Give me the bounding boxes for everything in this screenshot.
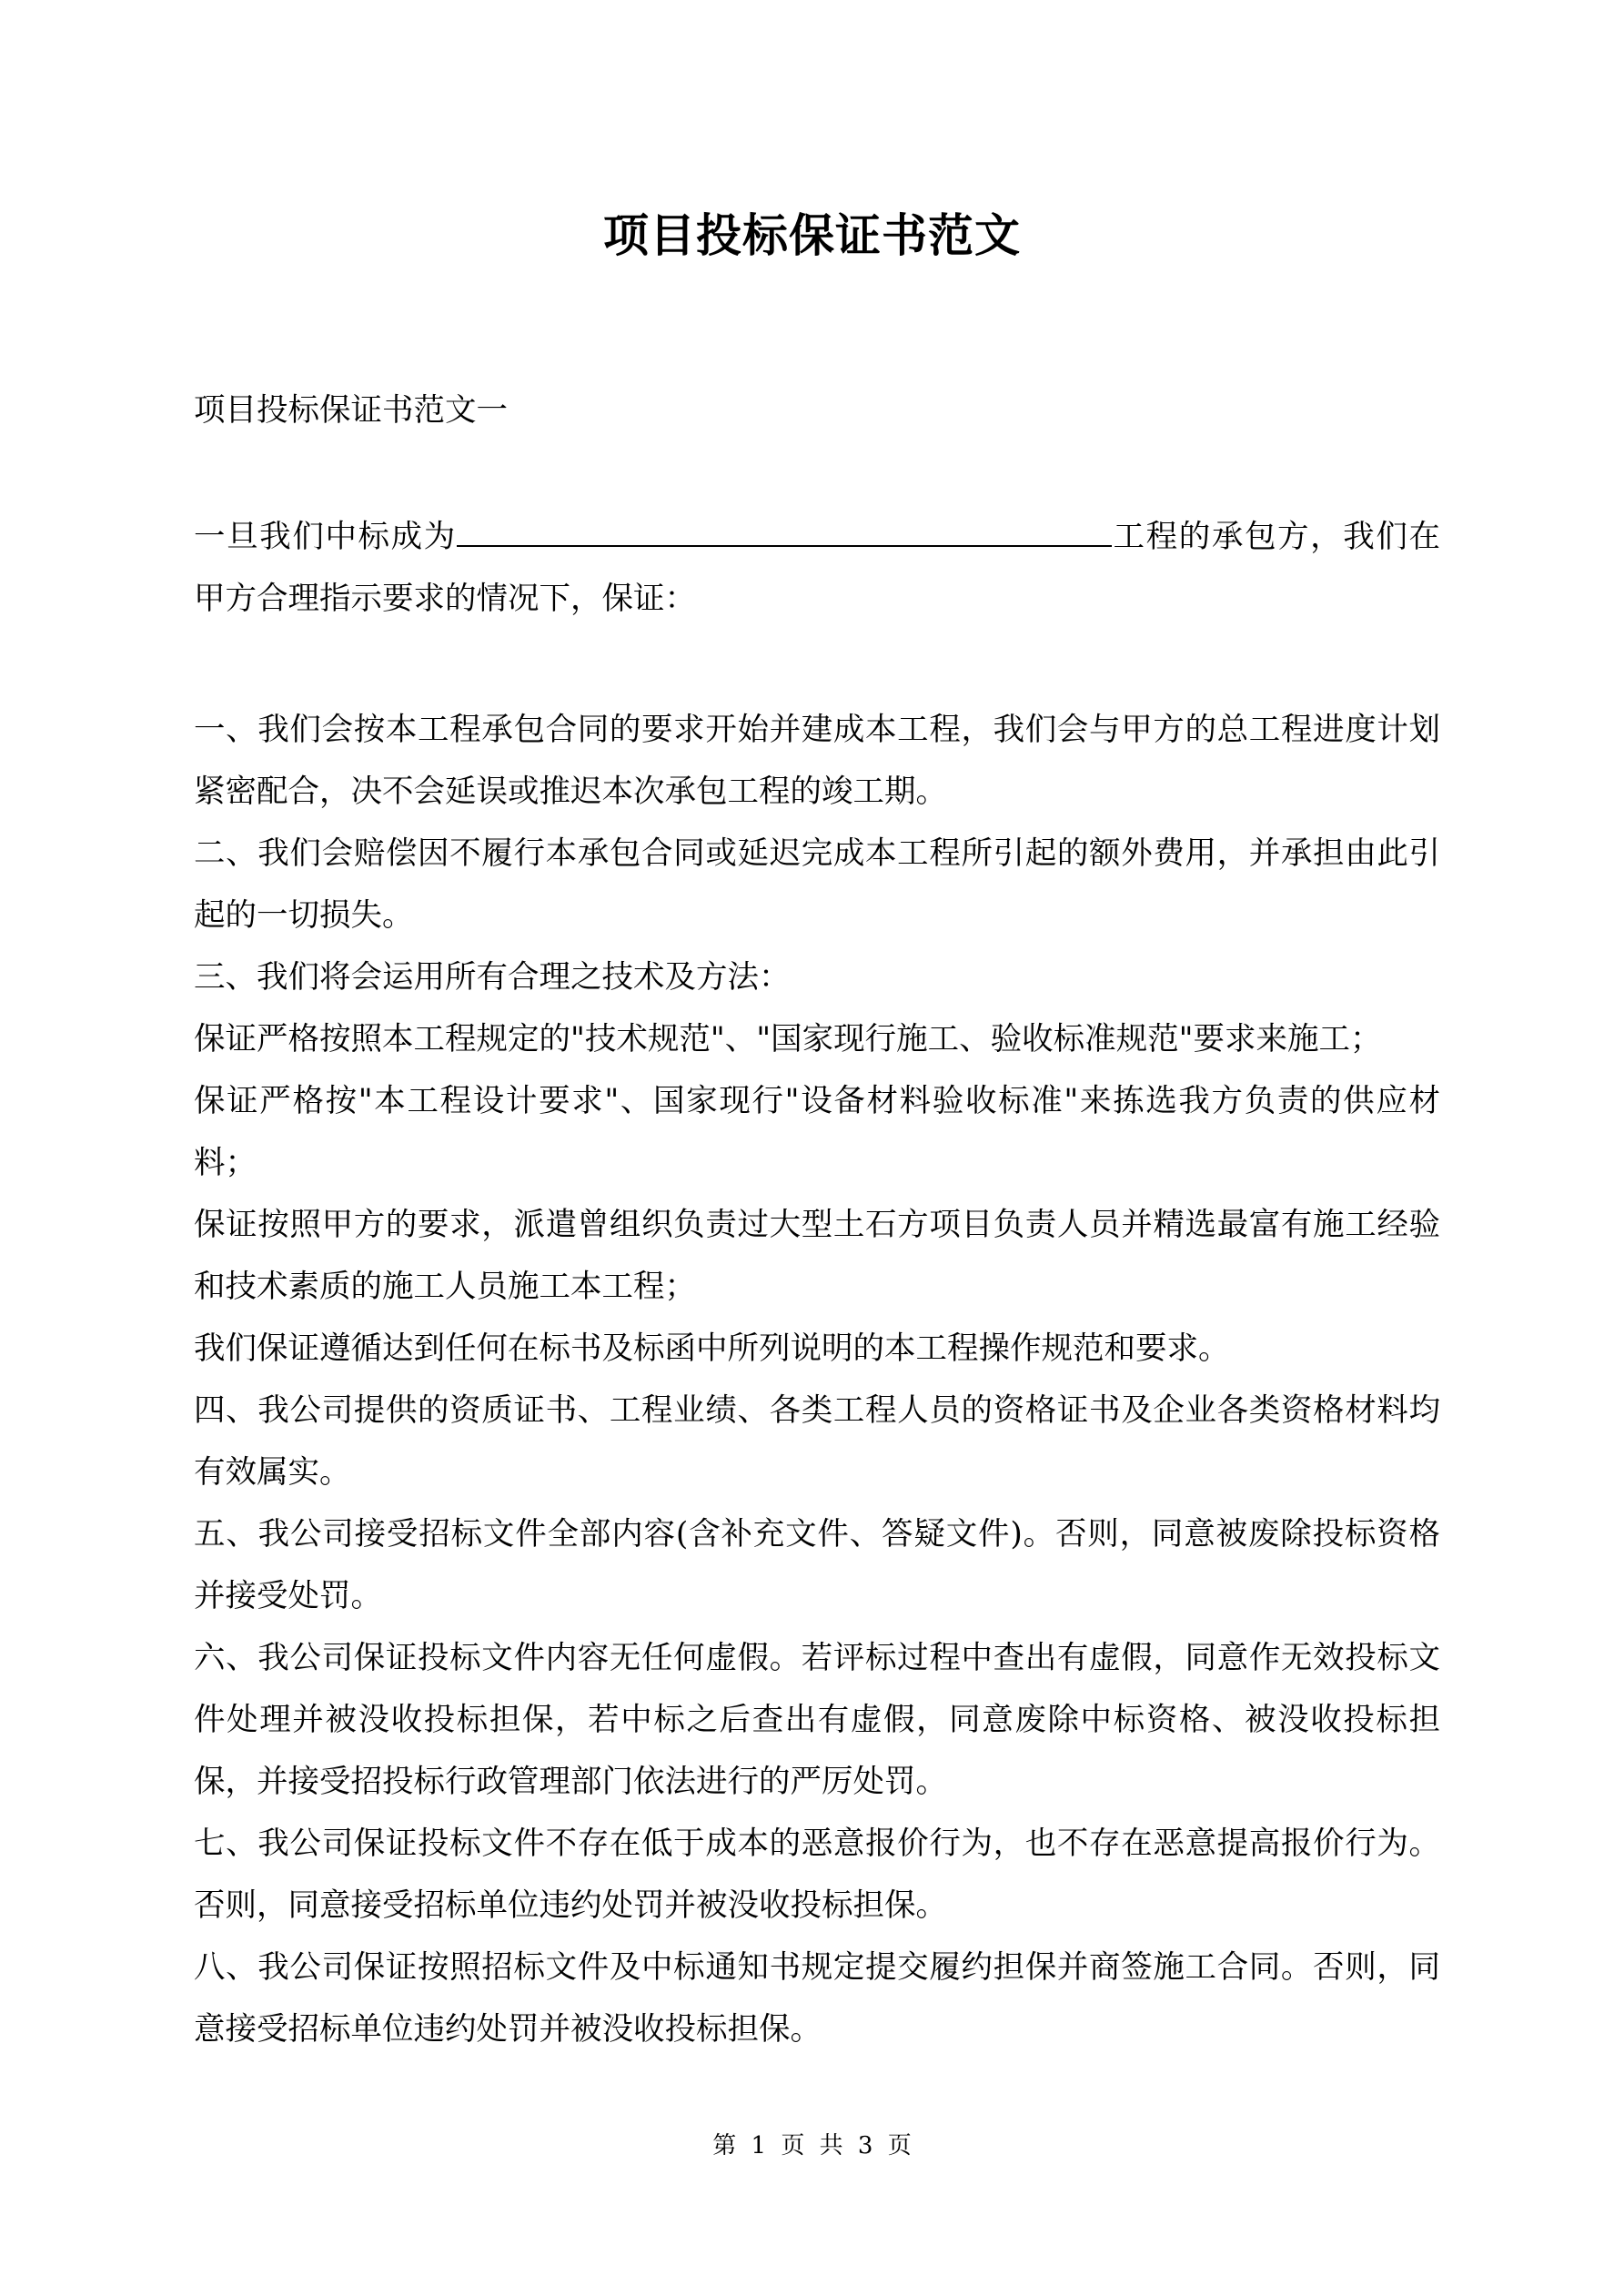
clause-3-item-1: 保证严格按照本工程规定的"技术规范"、"国家现行施工、验收标准规范"要求来施工；: [194, 1008, 1440, 1070]
document-page: 项目投标保证书范文 项目投标保证书范文一 一旦我们中标成为工程的承包方，我们在甲…: [0, 0, 1624, 2296]
clause-4: 四、我公司提供的资质证书、工程业绩、各类工程人员的资格证书及企业各类资格材料均有…: [194, 1380, 1440, 1503]
intro-text-before-blank: 一旦我们中标成为: [194, 519, 457, 555]
clause-2: 二、我们会赔偿因不履行本承包合同或延迟完成本工程所引起的额外费用，并承担由此引起…: [194, 823, 1440, 946]
document-title: 项目投标保证书范文: [0, 204, 1624, 268]
clause-1: 一、我们会按本工程承包合同的要求开始并建成本工程，我们会与甲方的总工程进度计划紧…: [194, 699, 1440, 823]
clause-3-item-3: 保证按照甲方的要求，派遣曾组织负责过大型土石方项目负责人员并精选最富有施工经验和…: [194, 1194, 1440, 1318]
clause-7: 七、我公司保证投标文件不存在低于成本的恶意报价行为，也不存在恶意提高报价行为。否…: [194, 1813, 1440, 1937]
clause-3-item-4: 我们保证遵循达到任何在标书及标函中所列说明的本工程操作规范和要求。: [194, 1318, 1440, 1380]
clause-3-item-2: 保证严格按"本工程设计要求"、国家现行"设备材料验收标准"来拣选我方负责的供应材…: [194, 1070, 1440, 1194]
project-name-blank: [457, 518, 1112, 547]
clause-8: 八、我公司保证按照招标文件及中标通知书规定提交履约担保并商签施工合同。否则，同意…: [194, 1937, 1440, 2060]
section-heading: 项目投标保证书范文一: [194, 379, 508, 441]
clause-3: 三、我们将会运用所有合理之技术及方法：: [194, 946, 1440, 1008]
clause-6: 六、我公司保证投标文件内容无任何虚假。若评标过程中查出有虚假，同意作无效投标文件…: [194, 1627, 1440, 1813]
clause-list: 一、我们会按本工程承包合同的要求开始并建成本工程，我们会与甲方的总工程进度计划紧…: [194, 699, 1440, 2060]
page-indicator: 第 1 页 共 3 页: [0, 2128, 1624, 2164]
intro-paragraph: 一旦我们中标成为工程的承包方，我们在甲方合理指示要求的情况下，保证：: [194, 506, 1440, 630]
clause-5: 五、我公司接受招标文件全部内容(含补充文件、答疑文件)。否则，同意被废除投标资格…: [194, 1503, 1440, 1627]
